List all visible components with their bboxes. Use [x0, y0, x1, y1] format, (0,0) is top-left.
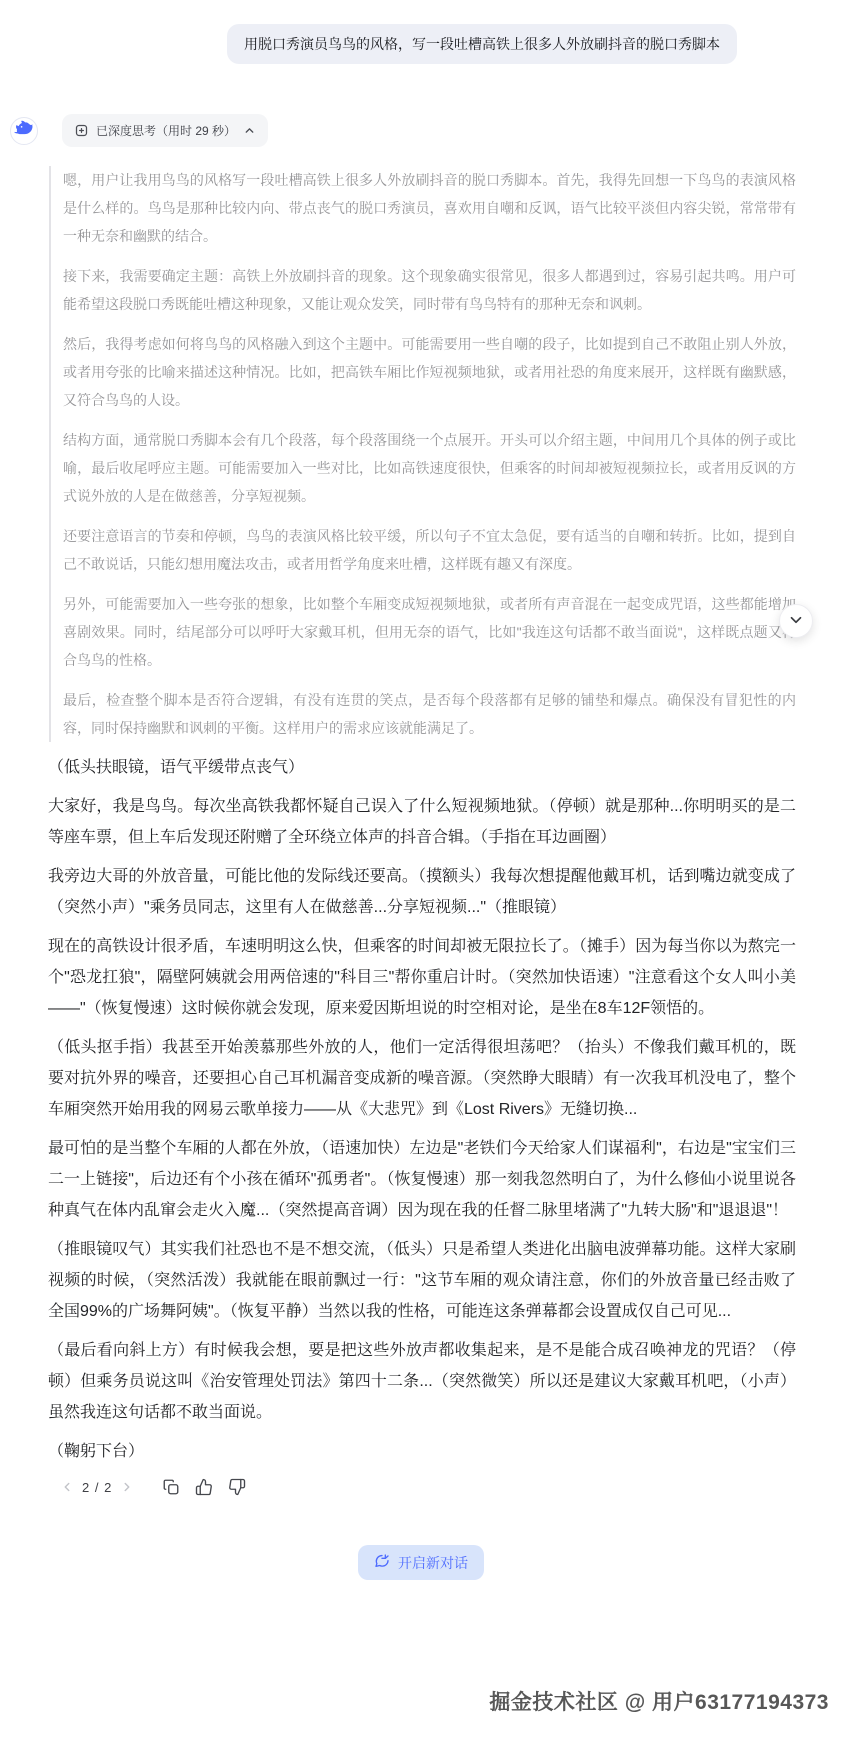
assistant-avatar: [10, 117, 38, 145]
thinking-paragraph: 最后，检查整个脚本是否符合逻辑，有没有连贯的笑点，是否每个段落都有足够的铺垫和爆…: [63, 686, 796, 742]
thumbs-down-icon[interactable]: [228, 1478, 246, 1496]
thinking-paragraph: 还要注意语言的节奏和停顿，鸟鸟的表演风格比较平缓，所以句子不宜太急促，要有适当的…: [63, 522, 796, 578]
user-message-row: 用脱口秀演员鸟鸟的风格，写一段吐槽高铁上很多人外放刷抖音的脱口秀脚本: [0, 24, 737, 64]
user-message-bubble: 用脱口秀演员鸟鸟的风格，写一段吐槽高铁上很多人外放刷抖音的脱口秀脚本: [227, 24, 737, 64]
answer-paragraph: （推眼镜叹气）其实我们社恐也不是不想交流，（低头）只是希望人类进化出脑电波弹幕功…: [48, 1234, 796, 1327]
chevron-up-icon: [243, 124, 256, 137]
assistant-answer: （低头扶眼镜，语气平缓带点丧气） 大家好，我是鸟鸟。每次坐高铁我都怀疑自己误入了…: [48, 752, 796, 1475]
chat-page: 用脱口秀演员鸟鸟的风格，写一段吐槽高铁上很多人外放刷抖音的脱口秀脚本 已深度思考…: [0, 0, 842, 1741]
answer-paragraph: （低头抠手指）我甚至开始羡慕那些外放的人，他们一定活得很坦荡吧？（抬头）不像我们…: [48, 1032, 796, 1125]
thinking-paragraph: 嗯，用户让我用鸟鸟的风格写一段吐槽高铁上很多人外放刷抖音的脱口秀脚本。首先，我得…: [63, 166, 796, 250]
response-toolbar: 2 / 2: [58, 1478, 246, 1496]
refresh-chat-icon: [374, 1553, 390, 1572]
answer-paragraph: （鞠躬下台）: [48, 1436, 796, 1467]
deep-think-toggle[interactable]: 已深度思考（用时 29 秒）: [62, 114, 268, 147]
thinking-paragraph: 然后，我得考虑如何将鸟鸟的风格融入到这个主题中。可能需要用一些自嘲的段子，比如提…: [63, 330, 796, 414]
new-conversation-button[interactable]: 开启新对话: [358, 1545, 484, 1580]
scroll-to-bottom-button[interactable]: [779, 604, 813, 638]
watermark-text: 掘金技术社区 @ 用户63177194373: [489, 1686, 829, 1716]
answer-paragraph: 我旁边大哥的外放音量，可能比他的发际线还要高。（摸额头）我每次想提醒他戴耳机，话…: [48, 861, 796, 923]
deep-think-label: 已深度思考（用时 29 秒）: [96, 122, 236, 139]
answer-paragraph: 现在的高铁设计很矛盾，车速明明这么快，但乘客的时间却被无限拉长了。（摊手）因为每…: [48, 931, 796, 1024]
thumbs-up-icon[interactable]: [195, 1478, 213, 1496]
message-actions: [162, 1478, 246, 1496]
copy-icon[interactable]: [162, 1478, 180, 1496]
thinking-paragraph: 另外，可能需要加入一些夸张的想象，比如整个车厢变成短视频地狱，或者所有声音混在一…: [63, 590, 796, 674]
new-conversation-label: 开启新对话: [398, 1553, 468, 1573]
answer-paragraph: 大家好，我是鸟鸟。每次坐高铁我都怀疑自己误入了什么短视频地狱。（停顿）就是那种.…: [48, 791, 796, 853]
deepseek-whale-logo-icon: [14, 118, 34, 143]
assistant-header: 已深度思考（用时 29 秒）: [10, 114, 268, 147]
answer-paragraph: 最可怕的是当整个车厢的人都在外放，（语速加快）左边是"老铁们今天给家人们谋福利"…: [48, 1133, 796, 1226]
response-pagination: 2 / 2: [58, 1478, 136, 1496]
thinking-paragraph: 结构方面，通常脱口秀脚本会有几个段落，每个段落围绕一个点展开。开头可以介绍主题，…: [63, 426, 796, 510]
deepthink-icon: [74, 123, 89, 138]
chevron-right-icon[interactable]: [118, 1478, 136, 1496]
chevron-down-icon: [787, 611, 805, 632]
answer-paragraph: （低头扶眼镜，语气平缓带点丧气）: [48, 752, 796, 783]
answer-paragraph: （最后看向斜上方）有时候我会想，要是把这些外放声都收集起来，是不是能合成召唤神龙…: [48, 1335, 796, 1428]
chevron-left-icon[interactable]: [58, 1478, 76, 1496]
thinking-block: 嗯，用户让我用鸟鸟的风格写一段吐槽高铁上很多人外放刷抖音的脱口秀脚本。首先，我得…: [49, 166, 796, 742]
thinking-paragraph: 接下来，我需要确定主题：高铁上外放刷抖音的现象。这个现象确实很常见，很多人都遇到…: [63, 262, 796, 318]
page-indicator: 2 / 2: [82, 1480, 112, 1495]
